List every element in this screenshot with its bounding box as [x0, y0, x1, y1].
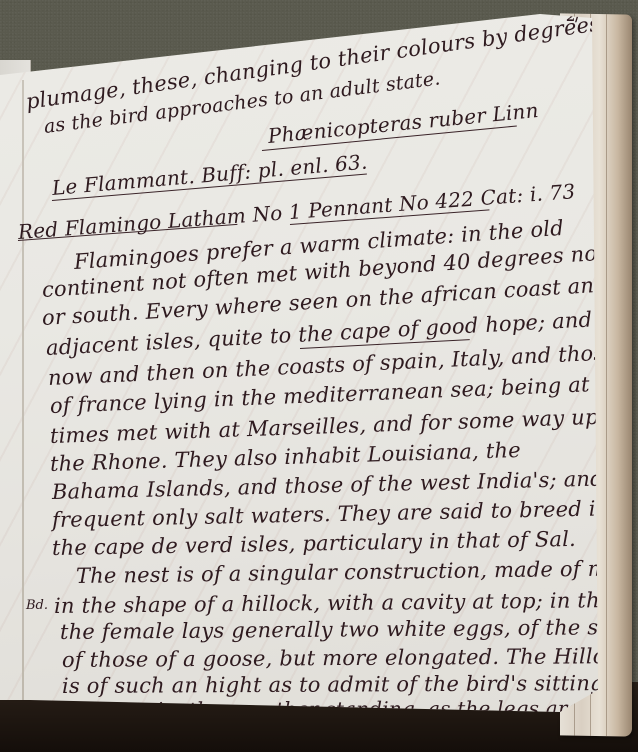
page-edge-line [606, 14, 607, 736]
page-fold [22, 80, 24, 700]
text-line: is of such an hight as to admit of the b… [62, 671, 637, 698]
manuscript-page: 2/ Bd. plumage, these, changing to their… [0, 0, 600, 752]
text-line: of those of a goose, but more elongated.… [62, 644, 631, 672]
text-line: the female lays generally two white eggs… [60, 615, 629, 644]
margin-fragment: Bd. [26, 598, 48, 613]
